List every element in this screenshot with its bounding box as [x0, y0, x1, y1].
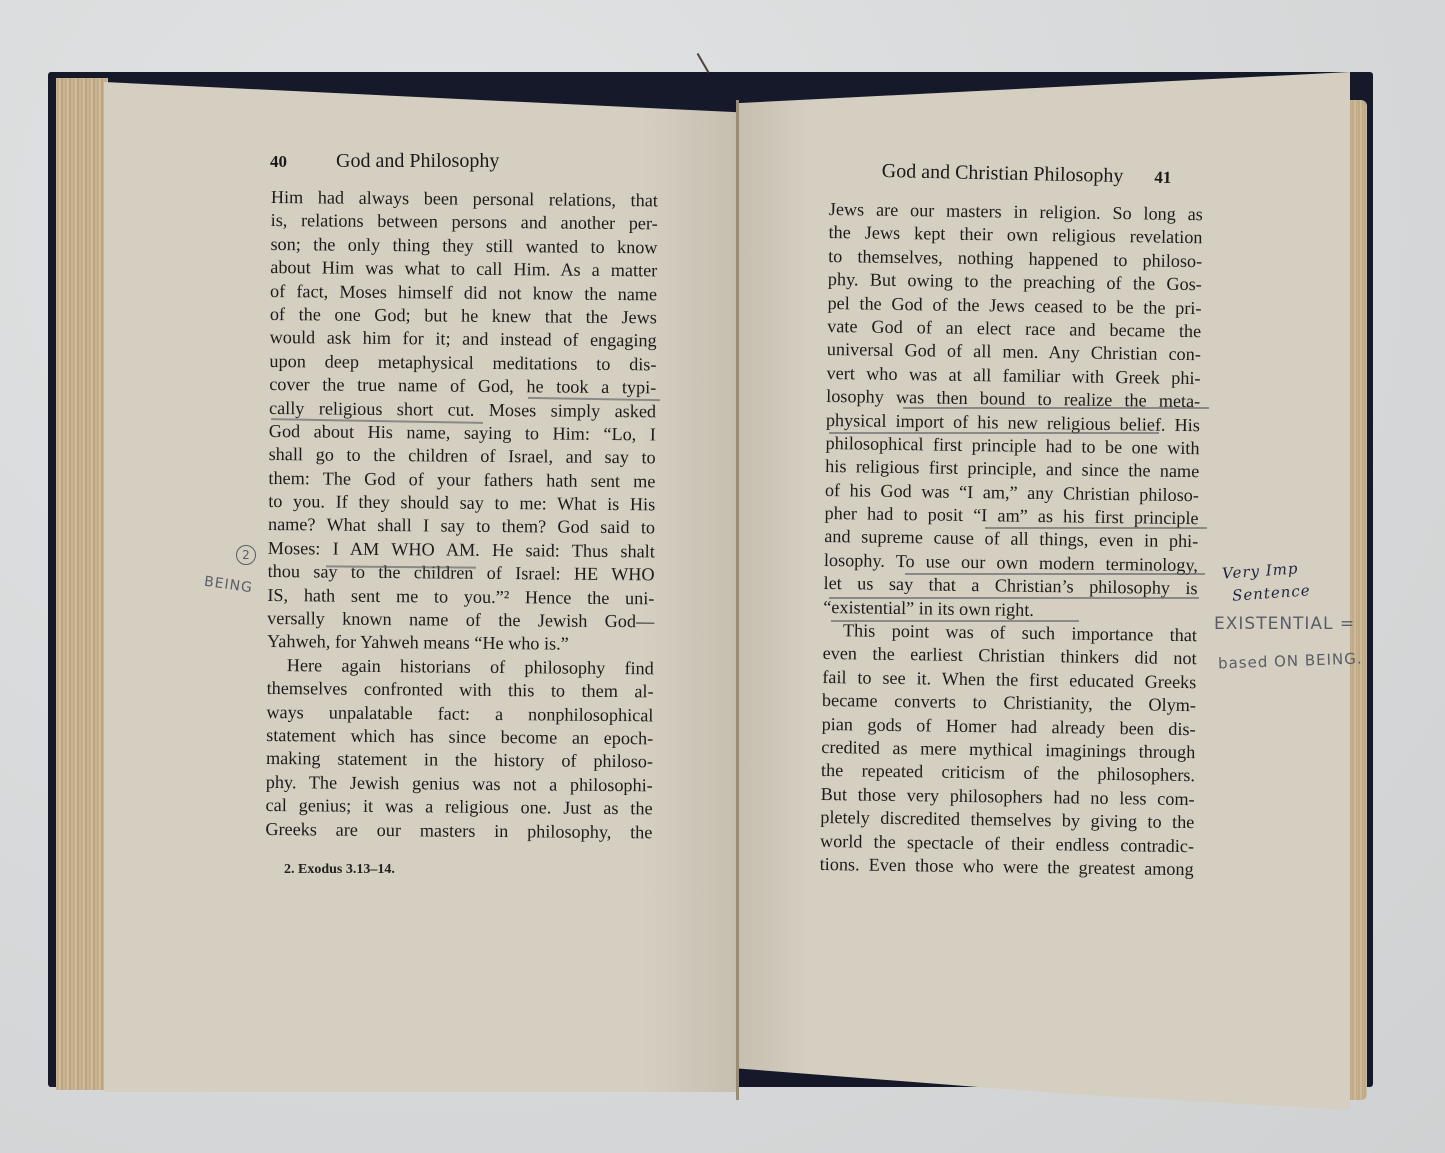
text-line: making statement in the history of philo…: [266, 747, 653, 774]
right-body-text: Jews are our masters in religion. So lon…: [820, 198, 1203, 881]
pencil-underline: [829, 597, 1199, 599]
pencil-margin-note-line1: EXISTENTIAL =: [1214, 614, 1355, 634]
loose-thread: [697, 53, 710, 73]
text-line: is, relations between persons and anothe…: [271, 209, 658, 236]
text-line: Yahweh, for Yahweh means “He who is.”: [267, 630, 654, 657]
text-line: name? What shall I say to them? God said…: [268, 513, 655, 540]
text-line: to you. If they should say to me: What i…: [268, 490, 655, 517]
text-line: would ask him for it; and instead of eng…: [270, 326, 657, 353]
text-line: Here again historians of philosophy find: [267, 654, 654, 681]
pencil-underline: [903, 407, 1209, 409]
text-line: Him had always been personal relations, …: [271, 186, 658, 213]
text-line-underlined: cover the true name of God, he took a ty…: [269, 373, 656, 400]
pencil-underline: [905, 573, 1205, 575]
text-line: about Him was what to call Him. As a mat…: [270, 256, 657, 283]
text-line: of the one God; but he knew that the Jew…: [270, 303, 657, 330]
pencil-underline: [829, 432, 1159, 434]
text-line: them: The God of your fathers hath sent …: [268, 467, 655, 494]
text-line: thou say to the children of Israel: HE W…: [268, 560, 655, 587]
right-running-title: God and Christian Philosophy: [882, 160, 1124, 187]
book-gutter: [736, 100, 739, 1100]
text-line: Greeks are our masters in philosophy, th…: [265, 818, 652, 845]
text-line: of fact, Moses himself did not know the …: [270, 280, 657, 307]
footnote: 2. Exodus 3.13–14.: [284, 862, 395, 878]
text-line: upon deep metaphysical meditations to di…: [269, 350, 656, 377]
circled-number-annotation: 2: [236, 545, 256, 565]
text-line: God about His name, saying to Him: “Lo, …: [269, 420, 656, 447]
text-line: son; the only thing they still wanted to…: [270, 233, 657, 260]
page-edges-left: [56, 78, 108, 1090]
text-line: cal genius; it was a religious one. Just…: [265, 794, 652, 821]
text-line: themselves confronted with this to them …: [267, 677, 654, 704]
right-page-number: 41: [1154, 168, 1171, 187]
text-line-underlined: Moses: I AM WHO AM. He said: Thus shalt: [268, 537, 655, 564]
text-line: phy. The Jewish genius was not a philoso…: [266, 771, 653, 798]
left-body-text: Him had always been personal relations, …: [265, 186, 658, 844]
text-line: versally known name of the Jewish God—: [267, 607, 654, 634]
text-line: shall go to the children of Israel, and …: [269, 443, 656, 470]
pencil-underline: [831, 620, 1079, 622]
text-line: ways unpalatable fact: a nonphilosophica…: [266, 701, 653, 728]
text-line: statement which has since become an epoc…: [266, 724, 653, 751]
pencil-underline: [985, 527, 1207, 529]
left-page-number: 40: [270, 152, 287, 171]
left-running-title: God and Philosophy: [336, 150, 499, 172]
left-running-head: 40 God and Philosophy: [270, 150, 499, 173]
text-line: IS, hath sent me to you.”² Hence the uni…: [267, 584, 654, 611]
